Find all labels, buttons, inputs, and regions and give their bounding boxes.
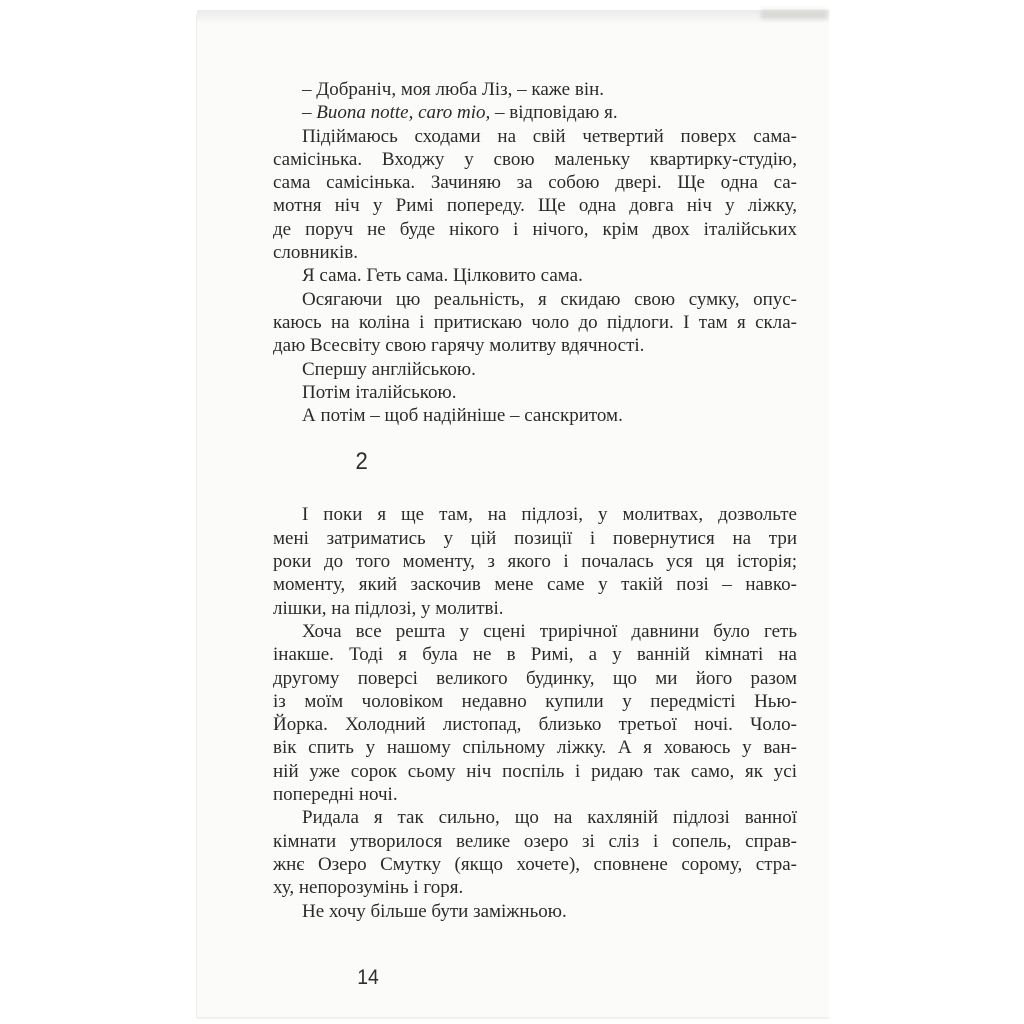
text-line: другому поверсі великого будинку, що ми … — [273, 667, 797, 690]
italic-phrase: Buona notte, caro mio, — [316, 102, 490, 123]
text-line: інакше. Тоді я була не в Римі, а у ванні… — [273, 643, 797, 666]
paragraph: – Добраніч, моя люба Ліз, – каже він. — [273, 78, 797, 101]
text-line: каюсь на коліна і притискаю чоло до підл… — [273, 311, 797, 334]
text-line: моменту, який заскочив мене саме у такій… — [273, 573, 797, 596]
page-top-shadow-right — [761, 10, 827, 19]
section-heading: 2 — [273, 450, 797, 476]
text-line: Я сама. Геть сама. Цілковито сама. — [273, 264, 797, 287]
text-line: Осягаючи цю реальність, я скидаю свою су… — [273, 288, 797, 311]
text-line: Ридала я так сильно, що на кахляній підл… — [273, 806, 797, 829]
text-line: – Buona notte, caro mio, – відповідаю я. — [273, 101, 797, 124]
text-line: ху, непорозумінь і горя. — [273, 876, 797, 899]
text-segment: – відповідаю я. — [490, 102, 617, 123]
text-line: Хоча все решта у сцені трирічної давнини… — [273, 620, 797, 643]
text-line: лішки, на підлозі, у молитві. — [273, 597, 797, 620]
text-line: мені затриматись у цій позиції і поверну… — [273, 527, 797, 550]
text-line: сама самісінька. Зачиняю за собою двері.… — [273, 171, 797, 194]
text-line: даю Всесвіту свою гарячу молитву вдячнос… — [273, 334, 797, 357]
paragraph: Хоча все решта у сцені трирічної давнини… — [273, 620, 797, 806]
paragraph: – Buona notte, caro mio, – відповідаю я. — [273, 101, 797, 124]
text-line: жнє Озеро Смутку (якщо хочете), сповнене… — [273, 853, 797, 876]
text-line: Не хочу більше бути заміжньою. — [273, 900, 797, 923]
text-line: Спершу англійською. — [273, 358, 797, 381]
text-line: Йорка. Холодний листопад, близько третьо… — [273, 713, 797, 736]
text-line: словників. — [273, 241, 797, 264]
paragraph: Ридала я так сильно, що на кахляній підл… — [273, 806, 797, 899]
text-line: І поки я ще там, на підлозі, у молитвах,… — [273, 503, 797, 526]
text-line: самісінька. Входжу у свою маленьку кварт… — [273, 148, 797, 171]
text-line: ній уже сорок сьому ніч поспіль і ридаю … — [273, 760, 797, 783]
text-line: Потім італійською. — [273, 381, 797, 404]
page-bottom-edge — [197, 1017, 829, 1019]
section-number: 2 — [356, 450, 368, 474]
text-line: мотня ніч у Римі попереду. Ще одна довга… — [273, 194, 797, 217]
book-page: – Добраніч, моя люба Ліз, – каже він.– B… — [196, 14, 829, 1018]
text-block: – Добраніч, моя люба Ліз, – каже він.– B… — [273, 78, 797, 923]
paragraph: Осягаючи цю реальність, я скидаю свою су… — [273, 288, 797, 358]
page-number: 14 — [357, 966, 378, 990]
paragraph: Я сама. Геть сама. Цілковито сама. — [273, 264, 797, 287]
paragraph: І поки я ще там, на підлозі, у молитвах,… — [273, 503, 797, 619]
text-line: кімнати утворилося велике озеро зі сліз … — [273, 830, 797, 853]
paragraph: А потім – щоб надійніше – санскритом. — [273, 404, 797, 427]
paragraph: Потім італійською. — [273, 381, 797, 404]
paragraph: Підіймаюсь сходами на свій четвертий пов… — [273, 125, 797, 265]
text-segment: – — [302, 102, 316, 123]
text-line: вік спить у нашому спільному ліжку. А я … — [273, 736, 797, 759]
text-line: – Добраніч, моя люба Ліз, – каже він. — [273, 78, 797, 101]
paragraph: Спершу англійською. — [273, 358, 797, 381]
text-line: А потім – щоб надійніше – санскритом. — [273, 404, 797, 427]
page-top-shadow — [197, 10, 829, 24]
paragraph: Не хочу більше бути заміжньою. — [273, 900, 797, 923]
text-line: Підіймаюсь сходами на свій четвертий пов… — [273, 125, 797, 148]
text-line: де поруч не буде нікого і нічого, крім д… — [273, 218, 797, 241]
text-line: попередні ночі. — [273, 783, 797, 806]
text-line: із моїм чоловіком недавно купили у перед… — [273, 690, 797, 713]
screenshot-canvas: – Добраніч, моя люба Ліз, – каже він.– B… — [0, 0, 1024, 1024]
text-line: роки до того моменту, з якого і почалась… — [273, 550, 797, 573]
